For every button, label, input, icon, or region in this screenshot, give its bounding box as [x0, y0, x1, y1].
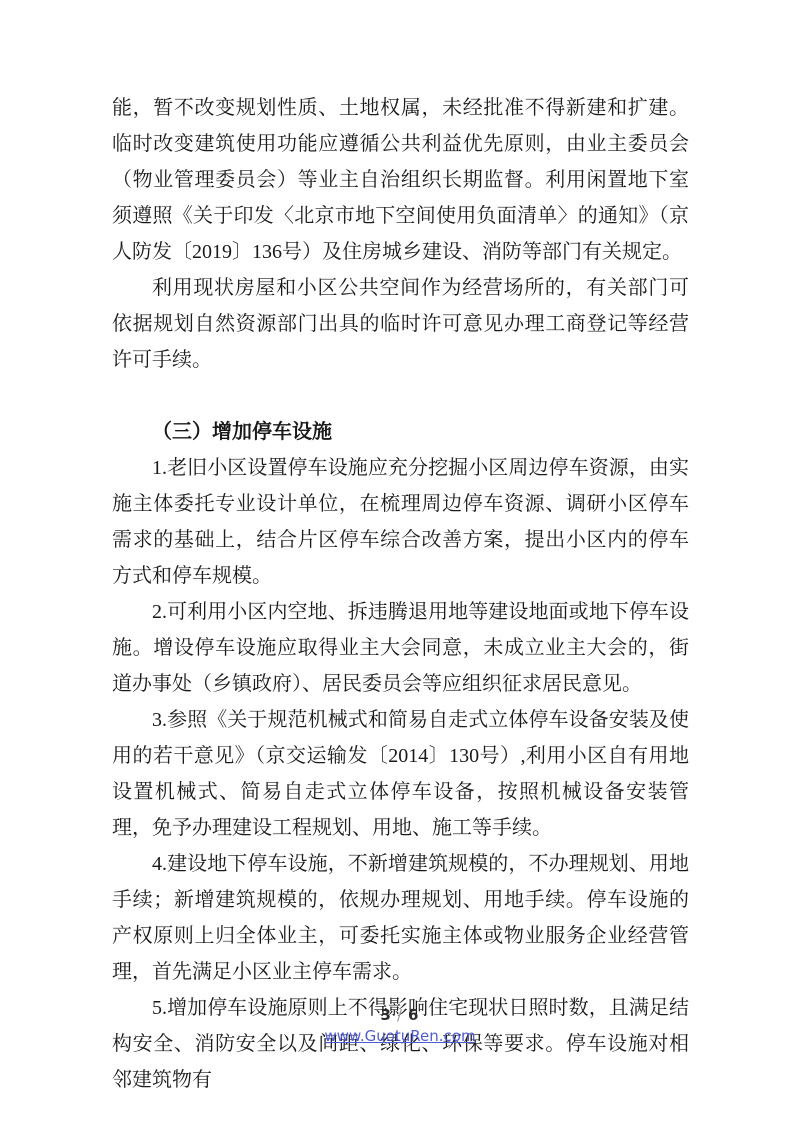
- page-number-total: 6: [408, 1006, 419, 1024]
- website-link[interactable]: www.GuotuRen.com: [324, 1027, 475, 1045]
- list-item-2: 2.可利用小区内空地、拆违腾退用地等建设地面或地下停车设施。增设停车设施应取得业…: [112, 594, 689, 702]
- list-item-4: 4.建设地下停车设施，不新增建筑规模的，不办理规划、用地手续；新增建筑规模的，依…: [112, 846, 689, 990]
- paragraph-business-premises: 利用现状房屋和小区公共空间作为经营场所的，有关部门可依据规划自然资源部门出具的临…: [112, 270, 689, 378]
- section-heading: （三）增加停车设施: [112, 414, 689, 450]
- page-number: 3/6: [0, 1006, 800, 1024]
- page-footer: 3/6 www.GuotuRen.com: [0, 1006, 800, 1046]
- list-item-3: 3.参照《关于规范机械式和简易自走式立体停车设备安装及使用的若干意见》（京交运输…: [112, 702, 689, 846]
- paragraph-continued-from-previous-page: 能，暂不改变规划性质、土地权属，未经批准不得新建和扩建。临时改变建筑使用功能应遵…: [112, 90, 689, 270]
- document-page: 能，暂不改变规划性质、土地权属，未经批准不得新建和扩建。临时改变建筑使用功能应遵…: [0, 0, 800, 1132]
- page-number-separator: /: [392, 1006, 408, 1024]
- document-body: 能，暂不改变规划性质、土地权属，未经批准不得新建和扩建。临时改变建筑使用功能应遵…: [0, 0, 800, 1098]
- website-link-row: www.GuotuRen.com: [0, 1024, 800, 1046]
- page-number-current: 3: [381, 1006, 392, 1024]
- list-item-1: 1.老旧小区设置停车设施应充分挖掘小区周边停车资源，由实施主体委托专业设计单位，…: [112, 450, 689, 594]
